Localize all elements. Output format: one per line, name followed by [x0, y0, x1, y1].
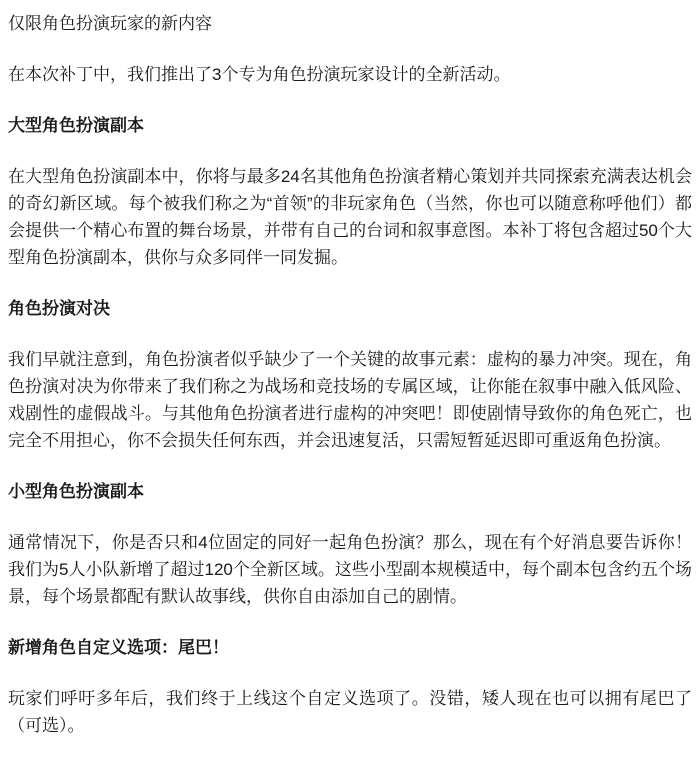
paragraph: 仅限角色扮演玩家的新内容	[8, 10, 692, 37]
section-heading: 大型角色扮演副本	[8, 112, 692, 139]
patch-notes-article: 仅限角色扮演玩家的新内容在本次补丁中，我们推出了3个专为角色扮演玩家设计的全新活…	[0, 0, 700, 749]
paragraph: 玩家们呼吁多年后，我们终于上线这个自定义选项了。没错，矮人现在也可以拥有尾巴了（…	[8, 685, 692, 739]
section-heading: 小型角色扮演副本	[8, 478, 692, 505]
paragraph: 在大型角色扮演副本中，你将与最多24名其他角色扮演者精心策划并共同探索充满表达机…	[8, 163, 692, 271]
section-heading: 角色扮演对决	[8, 295, 692, 322]
paragraph: 我们早就注意到，角色扮演者似乎缺少了一个关键的故事元素：虚构的暴力冲突。现在，角…	[8, 346, 692, 454]
paragraph: 通常情况下，你是否只和4位固定的同好一起角色扮演？那么，现在有个好消息要告诉你！…	[8, 529, 692, 610]
section-heading: 新增角色自定义选项：尾巴！	[8, 634, 692, 661]
paragraph: 在本次补丁中，我们推出了3个专为角色扮演玩家设计的全新活动。	[8, 61, 692, 88]
